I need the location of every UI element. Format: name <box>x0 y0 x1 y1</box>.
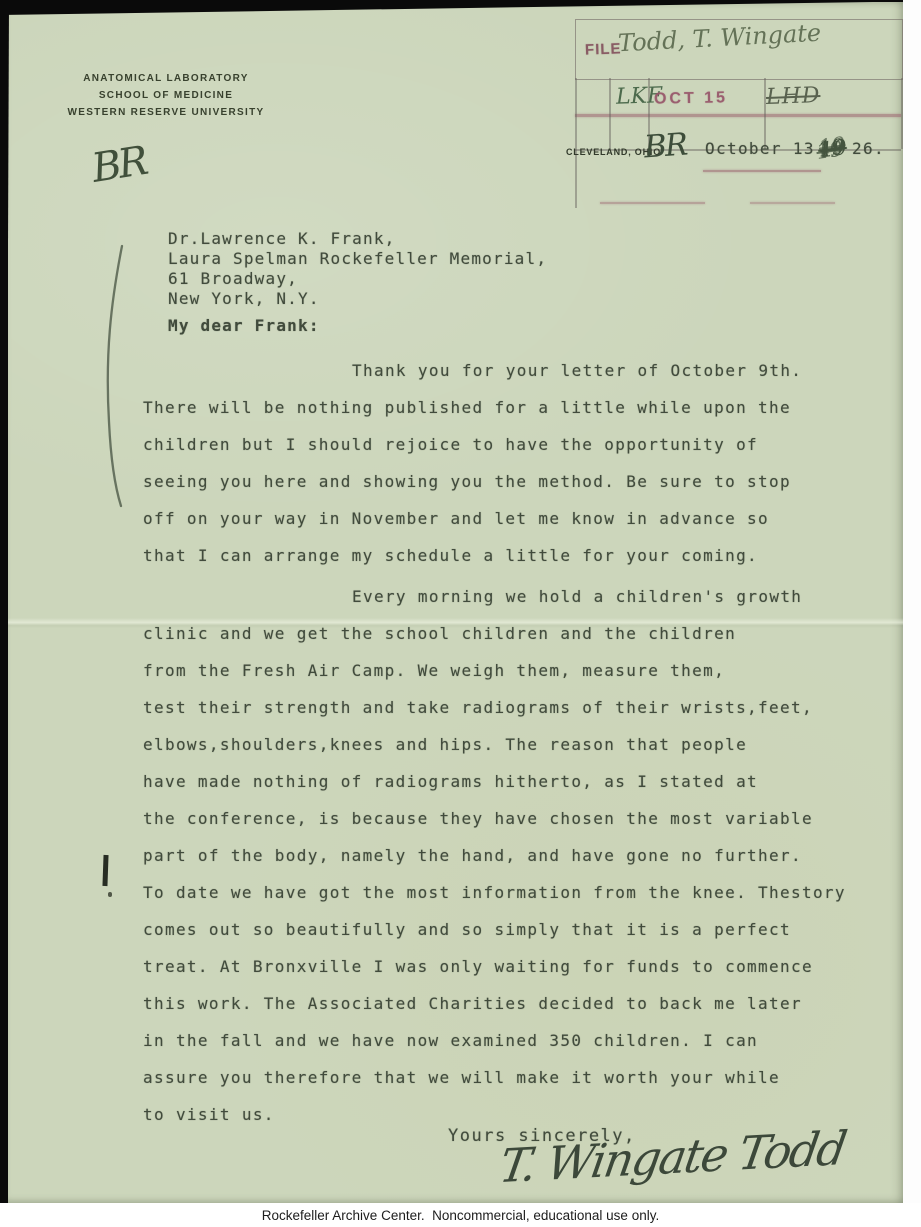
stamp-grid-vline <box>609 78 611 149</box>
stamp-grid-dash <box>750 202 835 204</box>
body-line: that I can arrange my schedule a little … <box>143 537 883 574</box>
stamp-grid-hline <box>575 114 901 117</box>
stamp-grid-dash <box>600 202 705 204</box>
stamp-grid-vline <box>575 78 577 208</box>
body-line: treat. At Bronxville I was only waiting … <box>143 948 883 985</box>
letterhead-line-1: ANATOMICAL LABORATORY <box>62 70 270 87</box>
body-line: seeing you here and showing you the meth… <box>143 463 883 500</box>
typed-year: 26. <box>852 139 885 158</box>
letterhead: ANATOMICAL LABORATORY SCHOOL OF MEDICINE… <box>62 70 270 121</box>
body-line: To date we have got the most information… <box>143 874 883 911</box>
body-line: part of the body, namely the hand, and h… <box>143 837 883 874</box>
paragraph: Every morning we hold a children's growt… <box>143 578 883 1133</box>
body-line: off on your way in November and let me k… <box>143 500 883 537</box>
address-line: Laura Spelman Rockefeller Memorial, <box>168 249 547 269</box>
body-line: Every morning we hold a children's growt… <box>143 578 883 615</box>
letterhead-line-3: WESTERN RESERVE UNIVERSITY <box>62 104 270 121</box>
paragraph: Thank you for your letter of October 9th… <box>143 352 883 574</box>
scanned-letter-page: ANATOMICAL LABORATORY SCHOOL OF MEDICINE… <box>0 0 921 1227</box>
date-underline <box>703 170 821 172</box>
body-line: have made nothing of radiograms hitherto… <box>143 763 883 800</box>
handwritten-initials-br: BR <box>89 138 149 192</box>
address-line: 61 Broadway, <box>168 269 547 289</box>
letter-body: Thank you for your letter of October 9th… <box>143 352 883 1133</box>
body-line: assure you therefore that we will make i… <box>143 1059 883 1096</box>
margin-tick-dot <box>108 892 112 897</box>
body-line: in the fall and we have now examined 350… <box>143 1022 883 1059</box>
recipient-address: Dr.Lawrence K. Frank,Laura Spelman Rocke… <box>168 229 547 309</box>
body-line: this work. The Associated Charities deci… <box>143 985 883 1022</box>
received-date-stamp: OCT 15 <box>654 89 728 108</box>
salutation: My dear Frank: <box>168 316 320 335</box>
body-line: There will be nothing published for a li… <box>143 389 883 426</box>
body-line: test their strength and take radiograms … <box>143 689 883 726</box>
body-line: Thank you for your letter of October 9th… <box>143 352 883 389</box>
archive-caption-bar: Rockefeller Archive Center. Noncommercia… <box>0 1203 921 1227</box>
scribbled-year-prefix: 19 <box>816 134 846 161</box>
body-line: comes out so beautifully and so simply t… <box>143 911 883 948</box>
body-line: children but I should rejoice to have th… <box>143 426 883 463</box>
address-line: Dr.Lawrence K. Frank, <box>168 229 547 249</box>
body-line: clinic and we get the school children an… <box>143 615 883 652</box>
archive-caption: Rockefeller Archive Center. Noncommercia… <box>262 1208 659 1223</box>
body-line: from the Fresh Air Camp. We weigh them, … <box>143 652 883 689</box>
handwritten-initials-struck: LHD <box>766 83 821 110</box>
address-line: New York, N.Y. <box>168 289 547 309</box>
margin-tick-mark <box>102 855 108 886</box>
typed-date: October 13 <box>705 139 815 158</box>
body-line: the conference, is because they have cho… <box>143 800 883 837</box>
letter-paper: ANATOMICAL LABORATORY SCHOOL OF MEDICINE… <box>8 2 903 1203</box>
body-line: elbows,shoulders,knees and hips. The rea… <box>143 726 883 763</box>
file-stamp-label: FILE <box>585 40 622 58</box>
file-stamp-area: FILE Todd, T. Wingate ⤷ LKF OCT 15 LHD C… <box>560 12 912 247</box>
scan-edge-right <box>903 0 921 1203</box>
handwritten-initials-over-date: BR <box>643 127 688 166</box>
letterhead-line-2: SCHOOL OF MEDICINE <box>62 87 270 104</box>
